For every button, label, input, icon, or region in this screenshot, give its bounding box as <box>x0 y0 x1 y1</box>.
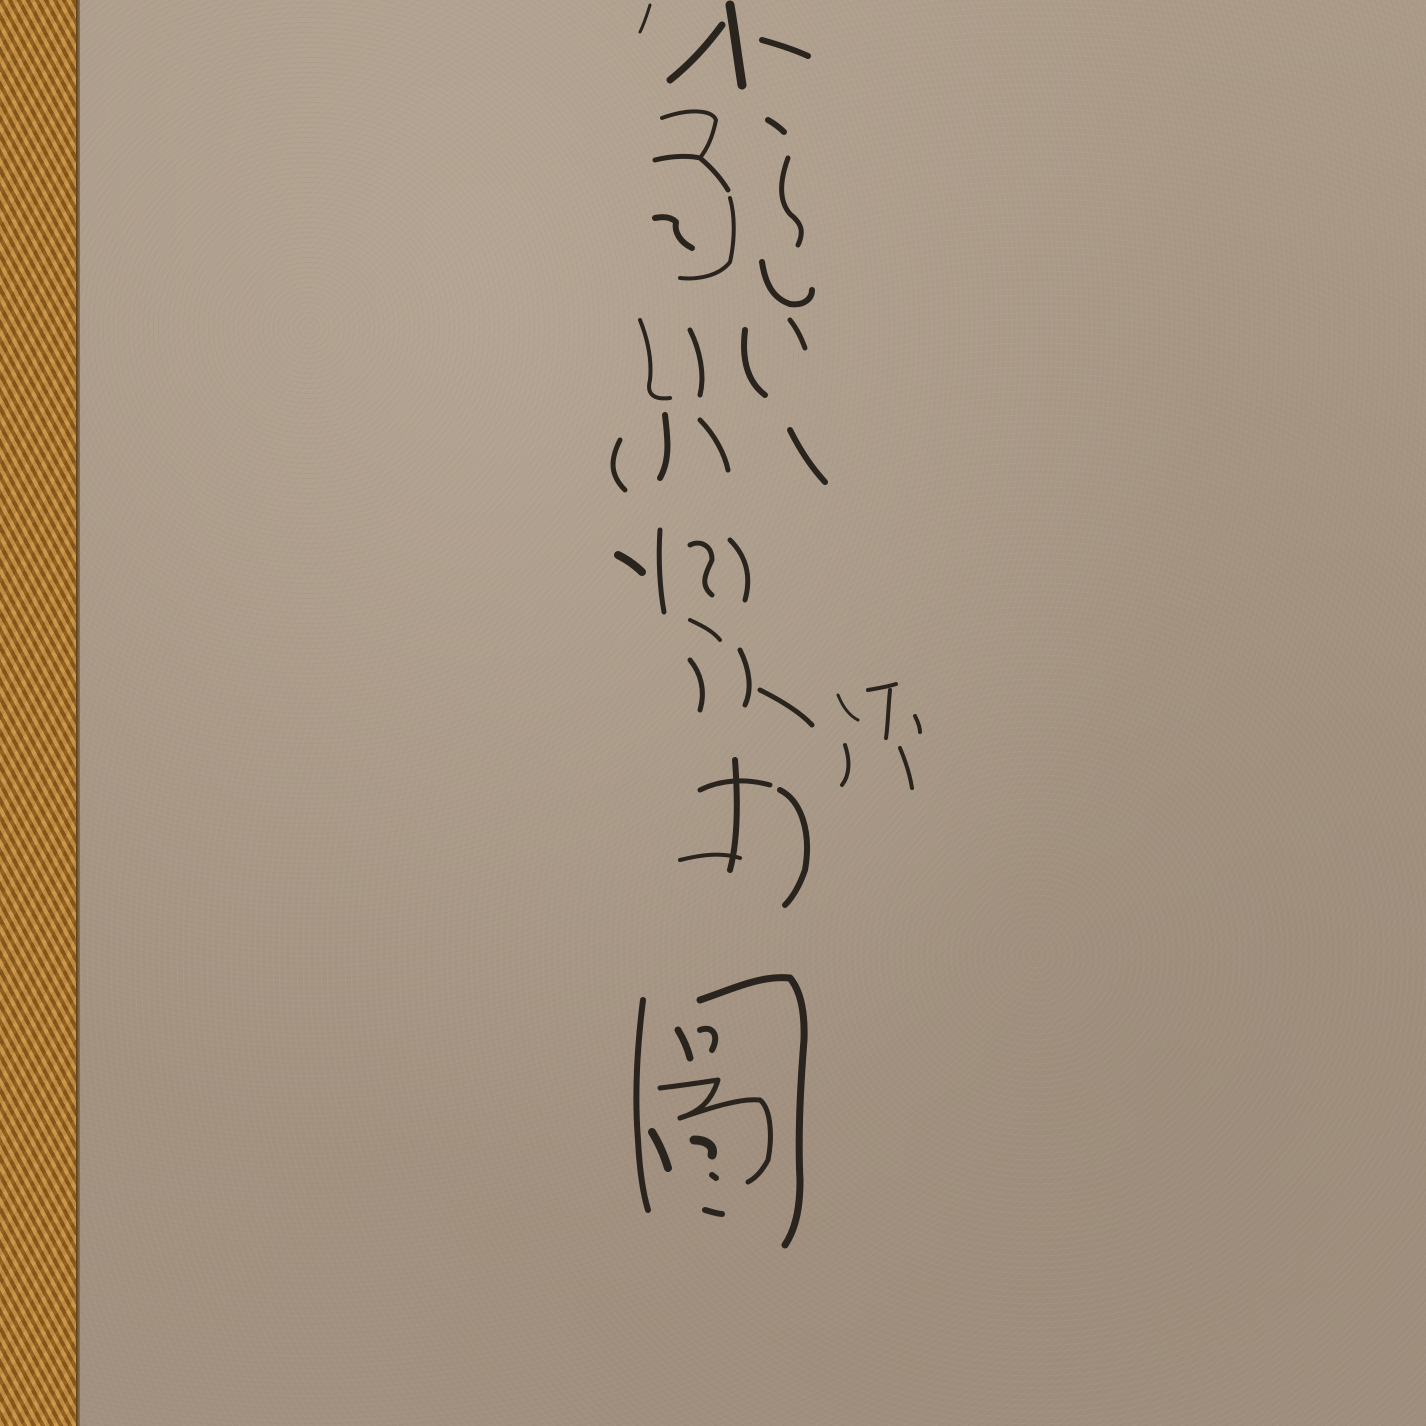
character-5 <box>618 530 748 640</box>
character-1 <box>640 5 808 85</box>
calligraphy-column <box>0 0 1426 1426</box>
character-2 <box>655 111 812 304</box>
character-tu-picture <box>636 978 804 1245</box>
character-6 <box>690 650 812 725</box>
character-3 <box>640 320 805 398</box>
character-7 <box>680 760 807 905</box>
side-annotation-character <box>838 684 920 788</box>
character-4 <box>613 415 825 490</box>
